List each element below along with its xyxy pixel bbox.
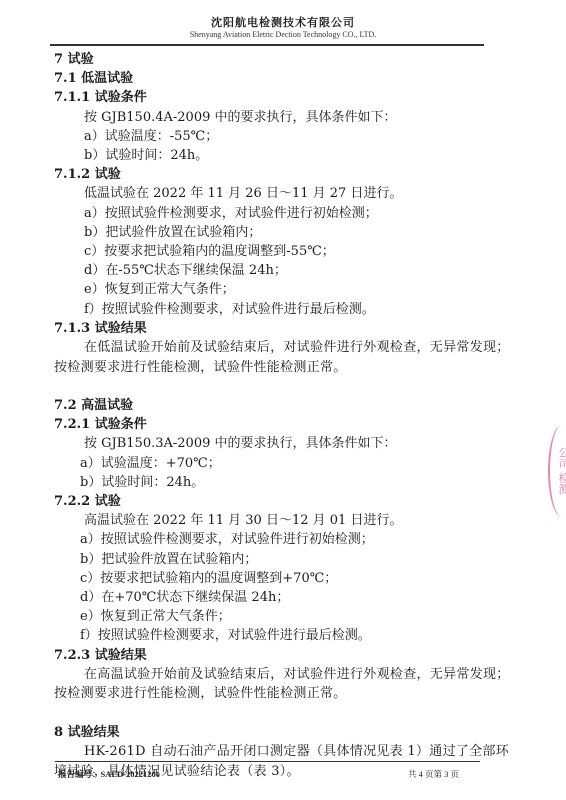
spacer <box>54 377 524 396</box>
footer-divider <box>55 761 480 762</box>
section-7-title: 7 试验 <box>54 50 524 69</box>
header-divider <box>50 44 484 46</box>
section-7-1-1-title: 7.1.1 试验条件 <box>54 88 524 107</box>
document-body: 7 试验 7.1 低温试验 7.1.1 试验条件 按 GJB150.4A-200… <box>54 50 524 781</box>
list-item: c）按要求把试验箱内的温度调整到+70℃； <box>54 569 524 588</box>
section-7-1-2-title: 7.1.2 试验 <box>54 165 524 184</box>
section-7-1-2-intro: 低温试验在 2022 年 11 月 26 日～11 月 27 日进行。 <box>54 184 524 203</box>
list-item: b）把试验件放置在试验箱内； <box>54 223 524 242</box>
list-item: a）试验温度：-55℃； <box>54 127 524 146</box>
company-name-cn: 沈阳航电检测技术有限公司 <box>0 14 566 30</box>
section-7-2-2-intro: 高温试验在 2022 年 11 月 30 日～12 月 01 日进行。 <box>54 511 524 530</box>
section-7-2-3-title: 7.2.3 试验结果 <box>54 646 524 665</box>
list-item: b）试验时间：24h。 <box>54 146 524 165</box>
list-item: f）按照试验件检测要求，对试验件进行最后检测。 <box>54 626 524 645</box>
page-number: 共 4 页第 3 页 <box>408 768 459 780</box>
list-item: a）试验温度：+70℃； <box>54 454 524 473</box>
section-7-2-1-title: 7.2.1 试验条件 <box>54 415 524 434</box>
report-number: 报告编号：SAED-20221201 <box>58 768 160 780</box>
list-item: f）按照试验件检测要求，对试验件进行最后检测。 <box>54 300 524 319</box>
section-7-1-3-title: 7.1.3 试验结果 <box>54 319 524 338</box>
section-8-title: 8 试验结果 <box>54 723 524 742</box>
list-item: e）恢复到正常大气条件； <box>54 607 524 626</box>
list-item: d）在+70℃状态下继续保温 24h； <box>54 588 524 607</box>
list-item: b）试验时间：24h。 <box>54 473 524 492</box>
section-7-2-title: 7.2 高温试验 <box>54 396 524 415</box>
company-seal-stamp: 公司 检测 <box>548 425 566 517</box>
section-7-2-3-body: 在高温试验开始前及试验结束后，对试验件进行外观检查，无异常发现；按检测要求进行性… <box>54 665 522 704</box>
list-item: d）在-55℃状态下继续保温 24h； <box>54 261 524 280</box>
list-item: a）按照试验件检测要求，对试验件进行初始检测； <box>54 204 524 223</box>
list-item: a）按照试验件检测要求，对试验件进行初始检测； <box>54 530 524 549</box>
section-7-1-title: 7.1 低温试验 <box>54 69 524 88</box>
section-7-1-1-intro: 按 GJB150.4A-2009 中的要求执行，具体条件如下： <box>54 108 524 127</box>
section-7-2-1-intro: 按 GJB150.3A-2009 中的要求执行，具体条件如下： <box>54 434 524 453</box>
spacer <box>54 704 524 723</box>
section-7-1-3-body: 在低温试验开始前及试验结束后，对试验件进行外观检查，无异常发现；按检测要求进行性… <box>54 338 522 377</box>
list-item: c）按要求把试验箱内的温度调整到-55℃； <box>54 242 524 261</box>
list-item: b）把试验件放置在试验箱内； <box>54 550 524 569</box>
section-7-2-2-title: 7.2.2 试验 <box>54 492 524 511</box>
company-name-en: Shenyang Aviation Eletric Dection Techno… <box>0 30 566 39</box>
list-item: e）恢复到正常大气条件； <box>54 280 524 299</box>
